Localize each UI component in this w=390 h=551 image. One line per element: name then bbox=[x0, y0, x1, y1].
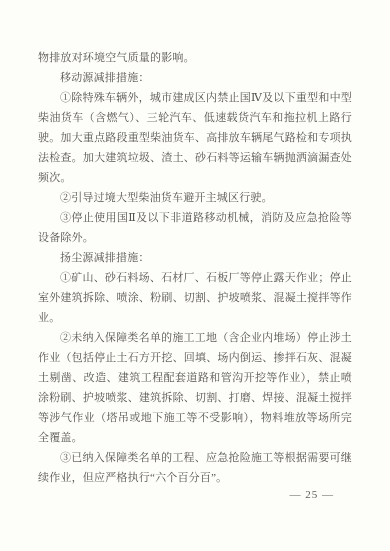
paragraph: ③停止使用国Ⅱ及以下非道路移动机械，消防及应急抢险等设备除外。 bbox=[38, 208, 352, 248]
paragraph: 移动源减排措施： bbox=[38, 68, 352, 88]
paragraph: ②引导过境大型柴油货车避开主城区行驶。 bbox=[38, 188, 352, 208]
paragraph: ③已纳入保障类名单的工程、应急抢险施工等根据需要可继续作业，但应严格执行“六个百… bbox=[38, 448, 352, 488]
paragraph: 扬尘源减排措施： bbox=[38, 248, 352, 268]
page-number: — 25 — bbox=[290, 489, 335, 501]
document-page: 物排放对环境空气质量的影响。移动源减排措施：①除特殊车辆外，城市建成区内禁止国Ⅳ… bbox=[0, 0, 390, 551]
paragraph: ①矿山、砂石料场、石材厂、石板厂等停止露天作业；停止室外建筑拆除、喷涂、粉刷、切… bbox=[38, 268, 352, 328]
paragraph: ①除特殊车辆外，城市建成区内禁止国Ⅳ及以下重型和中型柴油货车（含燃气）、三轮汽车… bbox=[38, 88, 352, 188]
paragraph: ②未纳入保障类名单的施工工地（含企业内堆场）停止涉土作业（包括停止土石方开挖、回… bbox=[38, 328, 352, 448]
paragraph: 物排放对环境空气质量的影响。 bbox=[38, 48, 352, 68]
document-body-text: 物排放对环境空气质量的影响。移动源减排措施：①除特殊车辆外，城市建成区内禁止国Ⅳ… bbox=[38, 48, 352, 488]
